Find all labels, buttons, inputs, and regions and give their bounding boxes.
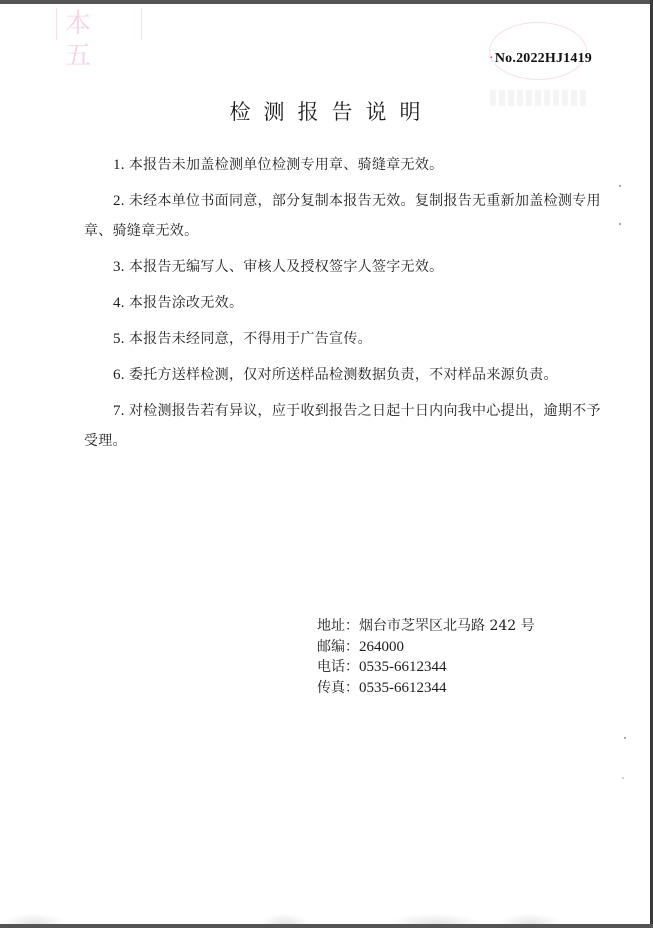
item-number: 1. <box>113 157 125 173</box>
fax-label: 传真： <box>317 680 359 696</box>
notice-item-7: 7.对检测报告若有异议，应于收到报告之日起十日内向我中心提出，逾期不予受理。 <box>84 396 604 456</box>
scan-shadow <box>262 914 308 924</box>
stamp-dot-icon: · <box>489 51 494 66</box>
notice-item-2: 2.未经本单位书面同意，部分复制本报告无效。复制报告无重新加盖检测专用章、骑缝章… <box>84 186 604 246</box>
phone-label: 电话： <box>317 659 359 675</box>
scan-speck <box>622 777 624 779</box>
notice-item-3: 3.本报告无编写人、审核人及授权签字人签字无效。 <box>84 252 604 282</box>
item-text: 本报告无编写人、审核人及授权签字人签字无效。 <box>129 259 444 275</box>
document-page: 本五 ·No.2022HJ1419 检测报告说明 1.本报告未加盖检测单位检测专… <box>0 4 650 924</box>
report-number-text: No.2022HJ1419 <box>495 51 592 66</box>
address-row: 地址：烟台市芝罘区北马路 242 号 <box>317 616 535 637</box>
item-number: 2. <box>113 193 125 209</box>
item-text: 未经本单位书面同意，部分复制本报告无效。复制报告无重新加盖检测专用章、骑缝章无效… <box>84 193 601 239</box>
item-number: 4. <box>113 295 125 311</box>
scan-speck <box>619 185 621 187</box>
item-text: 委托方送样检测，仅对所送样品检测数据负责，不对样品来源负责。 <box>129 367 558 383</box>
scan-speck <box>624 737 626 739</box>
item-number: 5. <box>113 331 125 347</box>
address-value: 烟台市芝罘区北马路 242 号 <box>359 618 535 634</box>
postcode-value: 264000 <box>359 639 404 655</box>
phone-row: 电话：0535-6612344 <box>317 657 535 678</box>
item-number: 3. <box>113 259 125 275</box>
scan-shadow <box>4 914 64 924</box>
scan-shadow <box>390 914 480 924</box>
item-number: 7. <box>113 403 125 419</box>
postcode-row: 邮编：264000 <box>317 637 535 658</box>
postcode-label: 邮编： <box>317 639 359 655</box>
contact-block: 地址：烟台市芝罘区北马路 242 号 邮编：264000 电话：0535-661… <box>317 616 535 698</box>
notice-item-5: 5.本报告未经同意，不得用于广告宣传。 <box>84 324 604 354</box>
fax-value: 0535-6612344 <box>359 680 447 696</box>
item-text: 本报告未加盖检测单位检测专用章、骑缝章无效。 <box>129 157 444 173</box>
stamp-trace-left: 本五 <box>56 8 142 40</box>
item-text: 本报告涂改无效。 <box>129 295 243 311</box>
notice-list: 1.本报告未加盖检测单位检测专用章、骑缝章无效。 2.未经本单位书面同意，部分复… <box>84 150 604 462</box>
scan-speck <box>619 223 621 225</box>
item-number: 6. <box>113 367 125 383</box>
notice-item-6: 6.委托方送样检测，仅对所送样品检测数据负责，不对样品来源负责。 <box>84 360 604 390</box>
viewer-bottom-edge <box>0 924 653 928</box>
address-label: 地址： <box>317 618 359 634</box>
notice-item-1: 1.本报告未加盖检测单位检测专用章、骑缝章无效。 <box>84 150 604 180</box>
notice-item-4: 4.本报告涂改无效。 <box>84 288 604 318</box>
page-title: 检测报告说明 <box>0 96 650 126</box>
phone-value: 0535-6612344 <box>359 659 447 675</box>
item-text: 对检测报告若有异议，应于收到报告之日起十日内向我中心提出，逾期不予受理。 <box>84 403 601 449</box>
item-text: 本报告未经同意，不得用于广告宣传。 <box>129 331 372 347</box>
scan-shadow <box>500 914 560 924</box>
fax-row: 传真：0535-6612344 <box>317 678 535 699</box>
report-number: ·No.2022HJ1419 <box>489 51 592 67</box>
